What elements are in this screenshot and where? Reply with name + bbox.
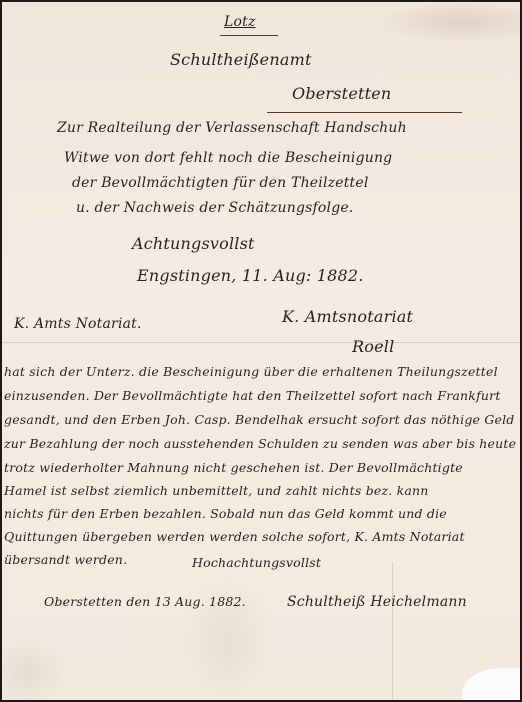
reply-line-9: übersandt werden.	[4, 552, 127, 567]
request-line-1: Zur Realteilung der Verlassenschaft Hand…	[57, 120, 407, 136]
reply-line-7: nichts für den Erben bezahlen. Sobald nu…	[4, 506, 447, 521]
place-flourish	[267, 112, 462, 113]
request-line-3: der Bevollmächtigten für den Theilzettel	[72, 175, 369, 191]
reply-line-4: zur Bezahlung der noch ausstehenden Schu…	[4, 436, 516, 451]
reply-line-5: trotz wiederholter Mahnung nicht gescheh…	[4, 460, 463, 475]
reply-line-1: hat sich der Unterz. die Bescheinigung ü…	[4, 364, 498, 379]
request-line-2: Witwe von dort fehlt noch die Bescheinig…	[64, 150, 392, 166]
reply-signature: Schultheiß Heichelmann	[287, 594, 467, 610]
paper-fold-horizontal	[2, 342, 520, 343]
reply-line-2: einzusenden. Der Bevollmächtigte hat den…	[4, 388, 501, 403]
recipient-place: Oberstetten	[292, 84, 391, 103]
reply-place-date: Oberstetten den 13 Aug. 1882.	[44, 594, 246, 609]
recipient-office: Schultheißenamt	[170, 50, 312, 69]
letter-page: Lotz Schultheißenamt Oberstetten Zur Rea…	[2, 2, 520, 700]
document-number: Lotz	[224, 14, 256, 30]
request-signature-name: Roell	[352, 337, 394, 356]
reply-addressee: K. Amts Notariat.	[14, 316, 142, 332]
reply-line-3: gesandt, und den Erben Joh. Casp. Bendel…	[4, 412, 515, 427]
reply-line-6: Hamel ist selbst ziemlich unbemittelt, u…	[4, 483, 429, 498]
number-underline	[220, 35, 278, 36]
reply-line-8: Quittungen übergeben werden werden solch…	[4, 529, 465, 544]
paper-torn-corner	[462, 668, 520, 700]
request-closing: Achtungsvollst	[132, 234, 255, 253]
reply-closing: Hochachtungsvollst	[192, 555, 321, 570]
request-place-date: Engstingen, 11. Aug: 1882.	[137, 266, 364, 285]
request-signature-office: K. Amtsnotariat	[282, 307, 413, 326]
request-line-4: u. der Nachweis der Schätzungsfolge.	[76, 200, 354, 216]
paper-fold-vertical	[392, 562, 393, 700]
